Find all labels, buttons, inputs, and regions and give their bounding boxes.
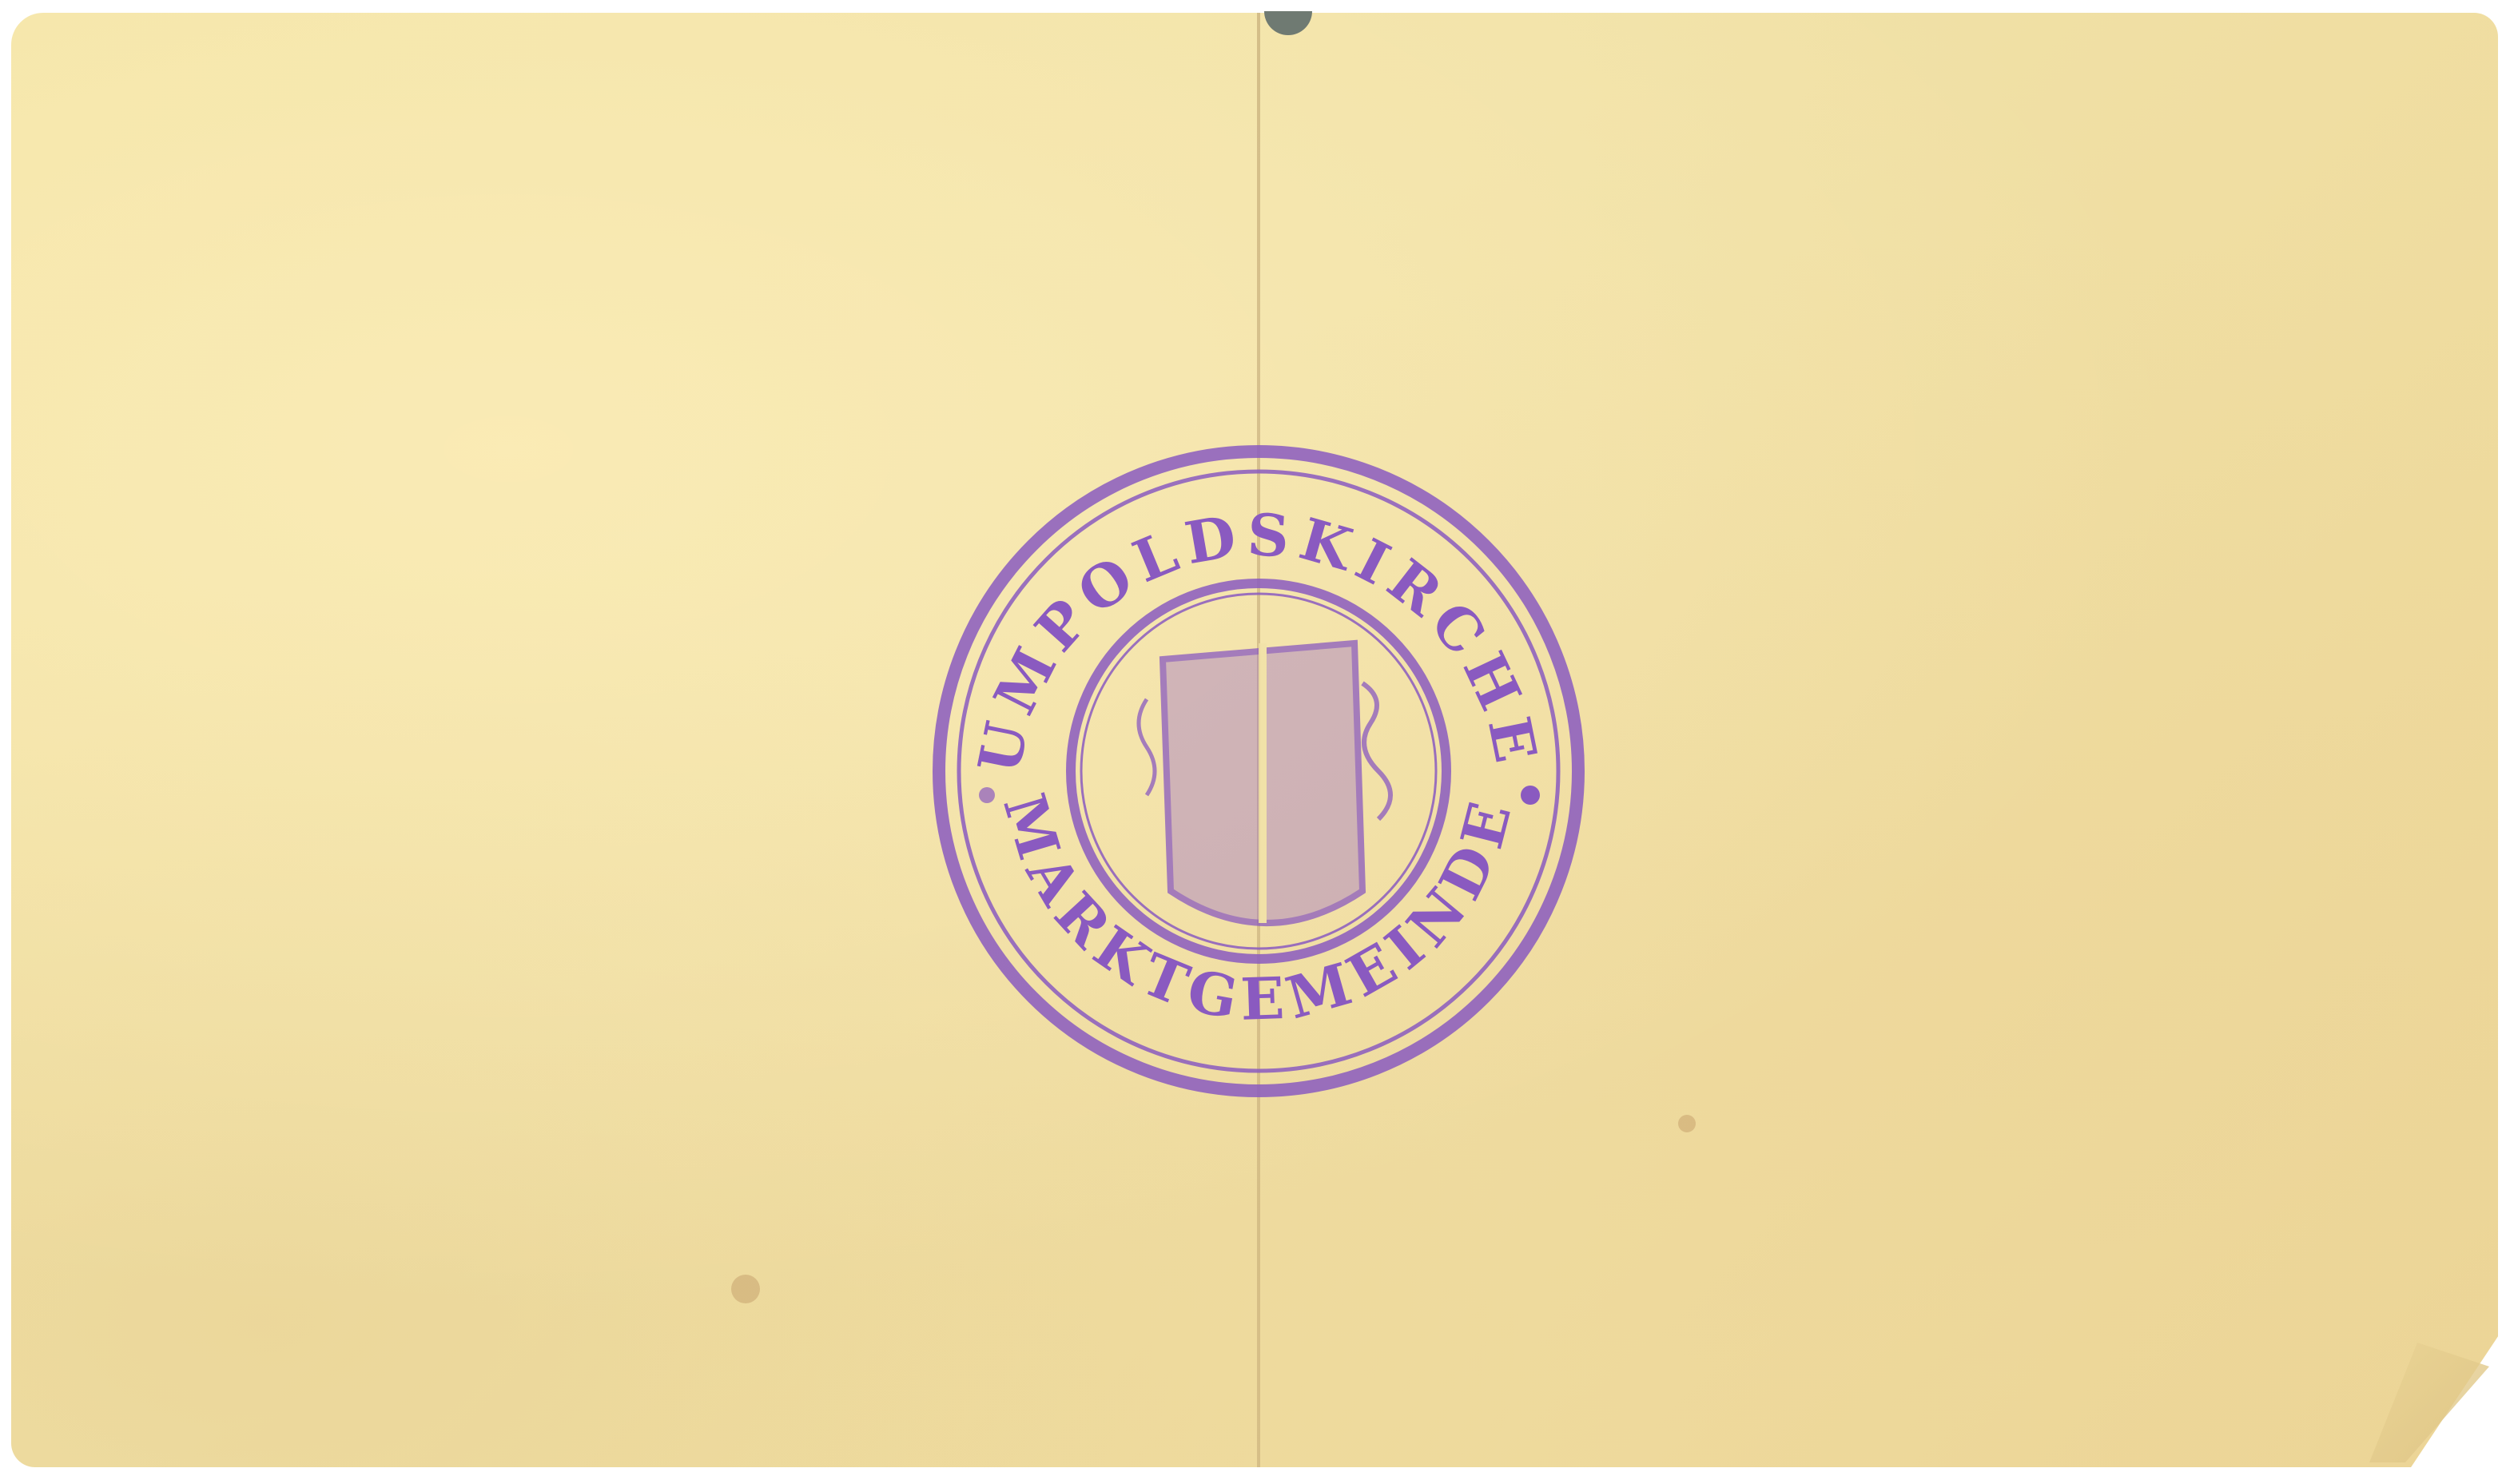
coat-of-arms-icon bbox=[1139, 643, 1390, 923]
stain-spot bbox=[731, 1275, 760, 1303]
stain-spot bbox=[1678, 1115, 1696, 1132]
municipal-seal-stamp: GUMPOLDSKIRCHEN MARKTGEMEINDE bbox=[931, 444, 1586, 1099]
separator-dot-icon bbox=[1521, 786, 1540, 805]
